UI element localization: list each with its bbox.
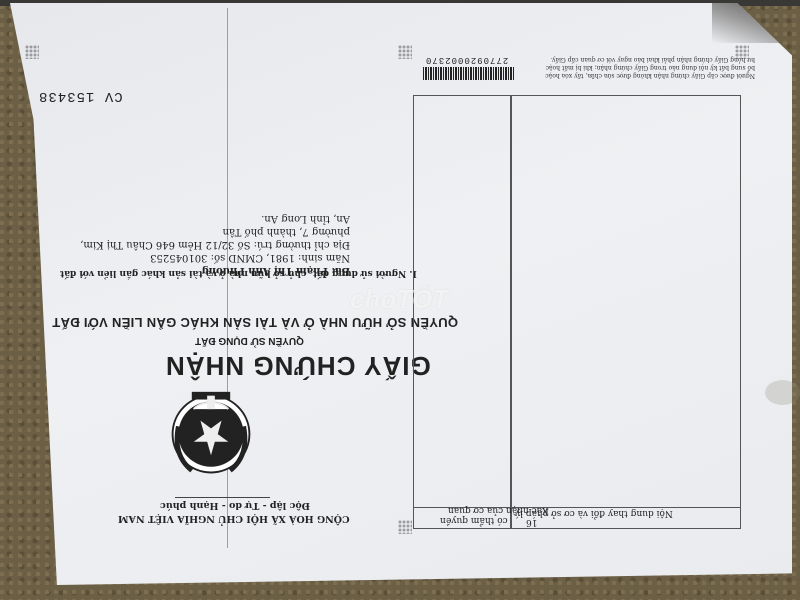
certificate-note: Người được cấp Giấy chứng nhận không đượ… [545, 55, 755, 79]
perforation-mark [398, 45, 412, 59]
perforation-mark [735, 45, 749, 59]
holder-address-2: An, tỉnh Long An. [50, 212, 350, 225]
holder-address-1: Địa chỉ thường trú: Số 32/12 Hẻm 646 Châ… [50, 225, 350, 251]
section-heading: I. Người sử dụng đất, chủ sở hữu nhà ở v… [60, 268, 417, 278]
perforation-mark [25, 45, 39, 59]
barcode-number: 2770920002370 [425, 55, 508, 65]
perforation-mark [398, 520, 412, 534]
national-emblem-icon [162, 388, 260, 484]
corner-shadow [712, 3, 792, 43]
subtitle-line1: QUYỀN SỬ DỤNG ĐẤT [195, 335, 304, 346]
serial-number: CV 153438 [38, 88, 123, 104]
page-number: 16 [526, 517, 537, 527]
changes-table-header-authority-1: Xác nhận của cơ quan [448, 505, 548, 515]
national-header: CỘNG HOÀ XÃ HỘI CHỦ NGHĨA VIỆT NAM [118, 513, 350, 524]
watermark: choTỐT [350, 284, 448, 315]
changes-table [413, 95, 741, 529]
national-motto: Độc lập - Tự do - Hạnh phúc [160, 500, 310, 511]
certificate-title: GIẤY CHỨNG NHẬN [165, 350, 431, 381]
subtitle-line2: QUYỀN SỞ HỮU NHÀ Ở VÀ TÀI SẢN KHÁC GẮN L… [52, 315, 458, 330]
motto-underline [175, 497, 270, 498]
table-column-divider [510, 96, 512, 528]
holder-birth-id: Năm sinh: 1981, CMND số: 301045253 [50, 251, 350, 264]
barcode-icon [423, 67, 515, 80]
paper-stain [765, 380, 800, 405]
changes-table-header-authority-2: có thẩm quyền [440, 515, 508, 525]
